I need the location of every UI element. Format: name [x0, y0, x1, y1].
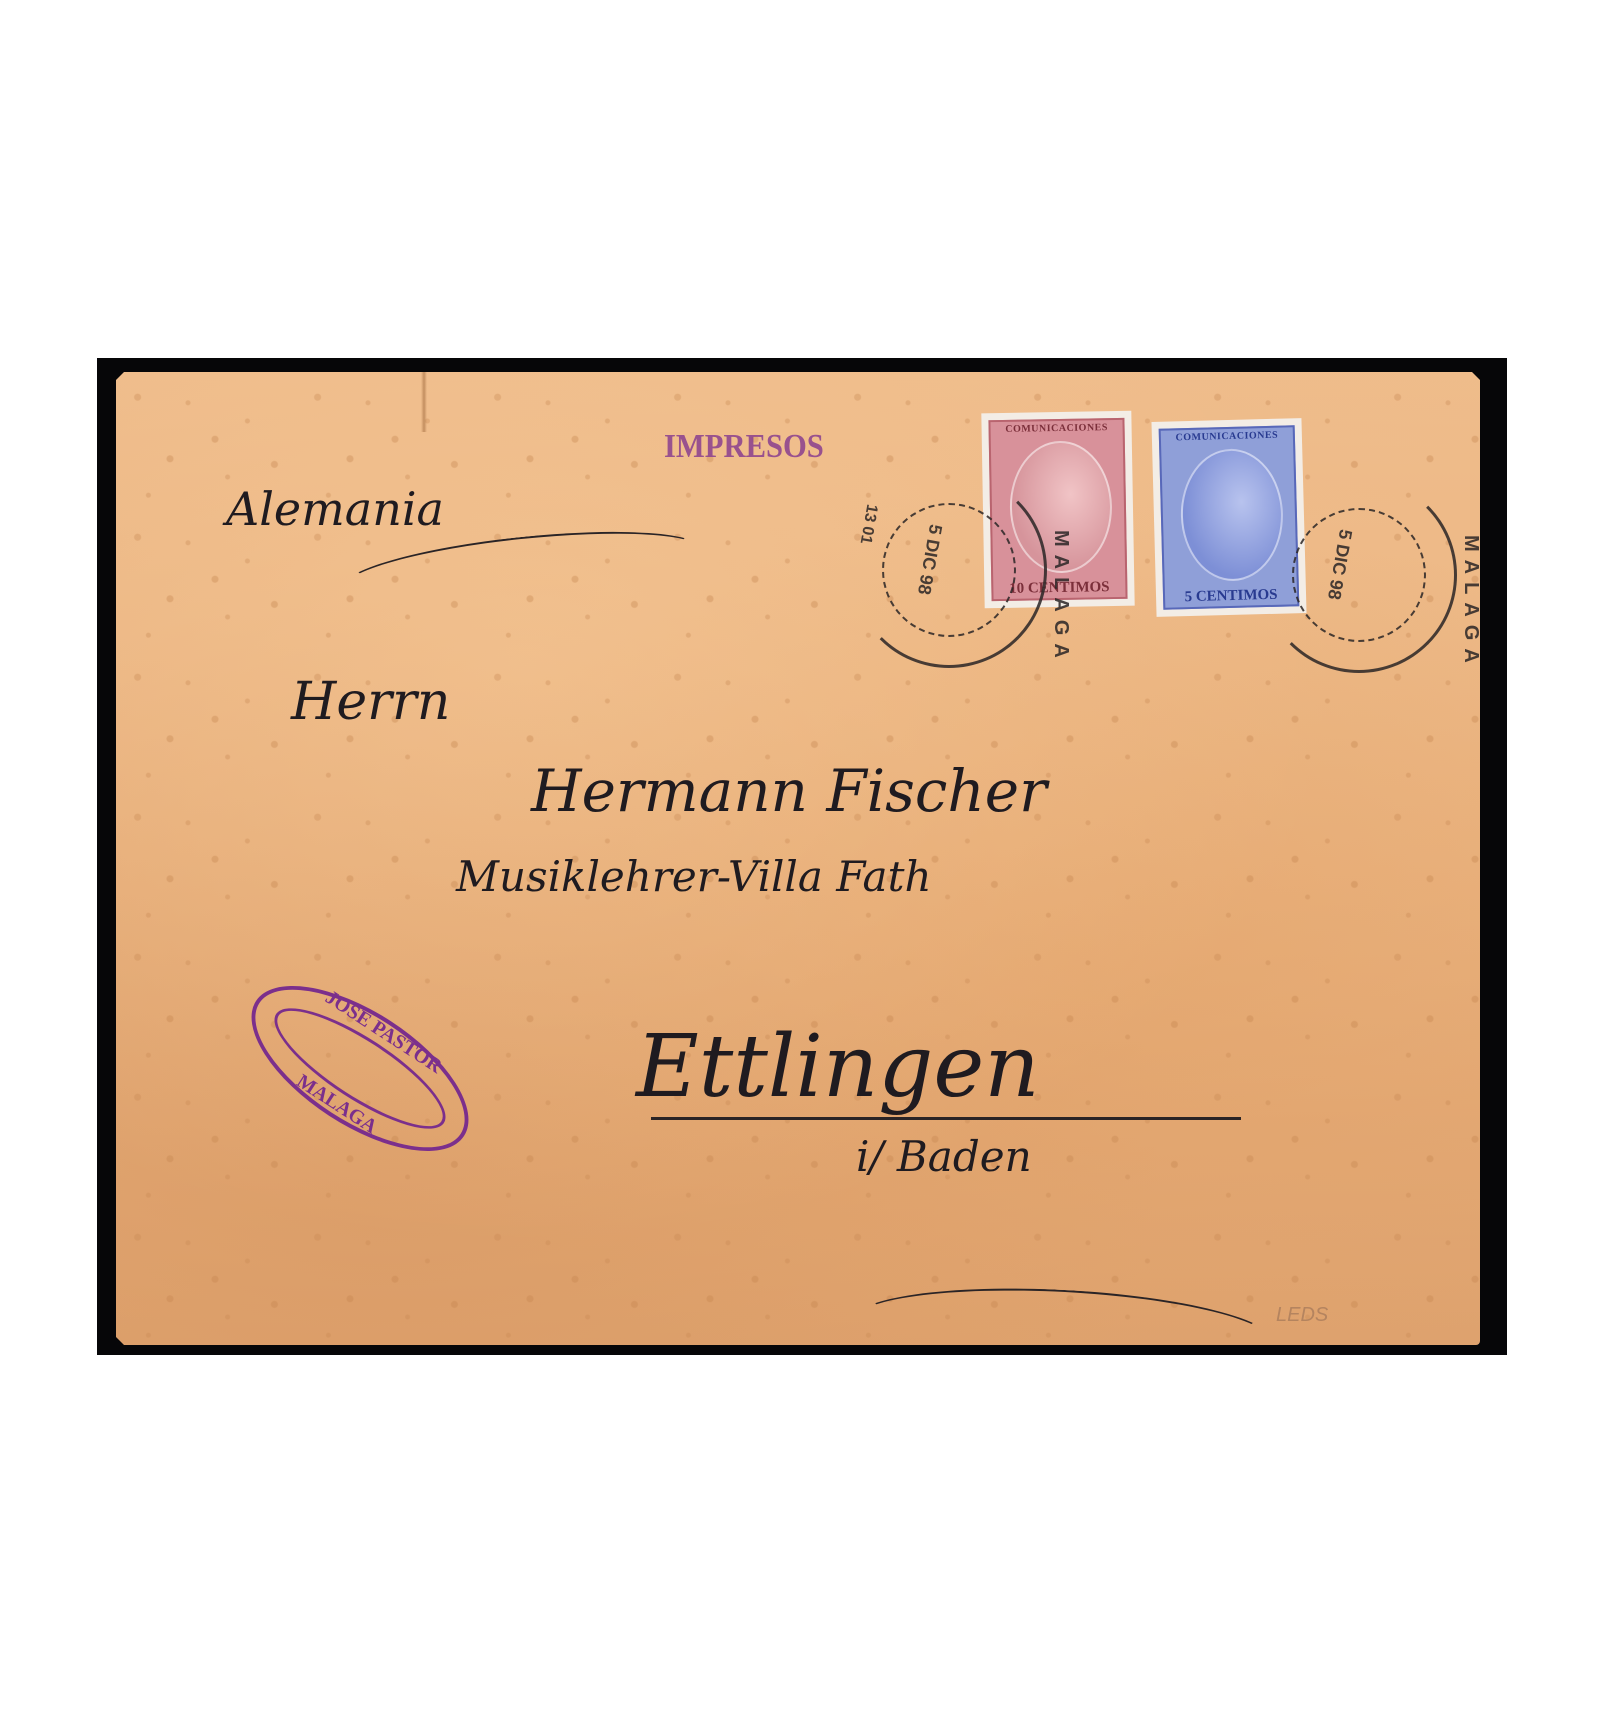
- postmark-city: MALAGA: [1459, 535, 1482, 671]
- postmark-inner-ring: [882, 503, 1016, 637]
- stamp-header: COMUNICACIONES: [1161, 429, 1293, 443]
- envelope: IMPRESOS COMUNICACIONES 10 CENTIMOS COMU…: [116, 372, 1480, 1345]
- destination-country: Alemania: [226, 482, 444, 536]
- paper-crease: [421, 372, 427, 432]
- address-city: Ettlingen: [636, 1017, 1040, 1117]
- postmark-right: 5 DIC 98 MALAGA: [1261, 477, 1457, 673]
- postmark-city: MALAGA: [1049, 530, 1072, 666]
- postmark-left: 13 01 5 DIC 98 MALAGA: [851, 472, 1047, 668]
- stamp-header: COMUNICACIONES: [991, 422, 1123, 435]
- postmark-inner-ring: [1292, 508, 1426, 642]
- address-salutation: Herrn: [291, 672, 450, 732]
- address-name: Hermann Fischer: [531, 757, 1047, 825]
- impresos-handstamp: IMPRESOS: [664, 428, 824, 466]
- address-street: Musiklehrer-Villa Fath: [456, 852, 932, 901]
- address-region: i/ Baden: [856, 1132, 1032, 1181]
- city-underline: [651, 1117, 1241, 1120]
- pencil-note: LEDS: [1276, 1304, 1328, 1327]
